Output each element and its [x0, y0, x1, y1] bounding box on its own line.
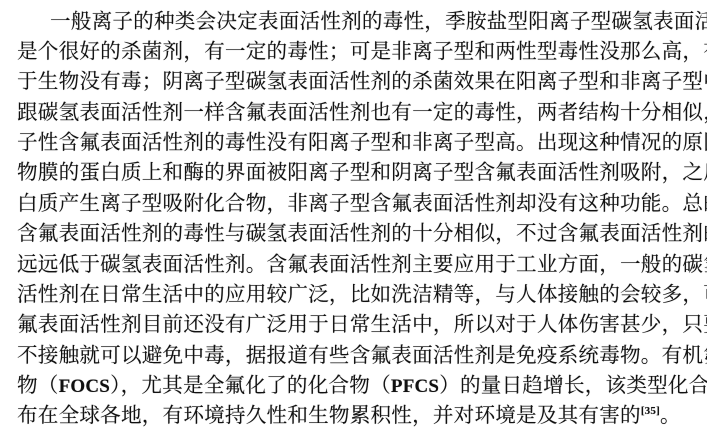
- paragraph-line-3: 于生物没有毒；阴离子型碳氢表面活性剂的杀菌效果在阳离子型和非离子型中间。: [17, 66, 707, 97]
- paragraph-line-9: 远远低于碳氢表面活性剂。含氟表面活性剂主要应用于工业方面，一般的碳氢表面: [17, 249, 707, 280]
- paragraph-line-12: 不接触就可以避免中毒，据报道有些含氟表面活性剂是免疫系统毒物。有机氟化合: [17, 340, 707, 371]
- paragraph-line-4: 跟碳氢表面活性剂一样含氟表面活性剂也有一定的毒性，两者结构十分相似，非离: [17, 97, 707, 128]
- paragraph-line-2: 是个很好的杀菌剂，有一定的毒性；可是非离子型和两性型毒性没那么高，有的对: [17, 36, 707, 67]
- line-13-text-start: 物（: [17, 373, 59, 397]
- paragraph-line-8: 含氟表面活性剂的毒性与碳氢表面活性剂的十分相似，不过含氟表面活性剂的用量: [17, 218, 707, 249]
- line-14-text: 布在全球各地，有环境持久性和生物累积性，并对环境是及其有害的: [17, 403, 641, 427]
- paragraph-line-5: 子性含氟表面活性剂的毒性没有阳离子型和非离子型高。出现这种情况的原因是生: [17, 127, 707, 158]
- citation-reference: [35]: [641, 405, 660, 417]
- paragraph-line-10: 活性剂在日常生活中的应用较广泛，比如洗洁精等，与人体接触的会较多，可是含: [17, 279, 707, 310]
- paragraph-line-1: 一般离子的种类会决定表面活性剂的毒性，季胺盐型阳离子型碳氢表面活性剂: [50, 6, 707, 37]
- abbreviation-focs: FOCS: [59, 376, 110, 397]
- line-14-period: 。: [660, 403, 681, 427]
- paragraph-line-6: 物膜的蛋白质上和酶的界面被阳离子型和阴离子型含氟表面活性剂吸附，之后与蛋: [17, 157, 707, 188]
- abbreviation-pfcs: PFCS: [391, 376, 439, 397]
- paragraph-line-14: 布在全球各地，有环境持久性和生物累积性，并对环境是及其有害的[35]。: [17, 400, 707, 430]
- document-page: 一般离子的种类会决定表面活性剂的毒性，季胺盐型阳离子型碳氢表面活性剂 是个很好的…: [0, 0, 723, 430]
- paragraph-line-7: 白质产生离子型吸附化合物，非离子型含氟表面活性剂却没有这种功能。总的来说，: [17, 188, 707, 219]
- paragraph-line-11: 氟表面活性剂目前还没有广泛用于日常生活中，所以对于人体伤害甚少，只要尽量: [17, 309, 707, 340]
- line-13-text-end: ）的量日趋增长，该类型化合物分: [439, 373, 707, 397]
- paragraph-line-13: 物（FOCS），尤其是全氟化了的化合物（PFCS）的量日趋增长，该类型化合物分: [17, 370, 707, 401]
- line-13-text-middle: ），尤其是全氟化了的化合物（: [110, 373, 391, 397]
